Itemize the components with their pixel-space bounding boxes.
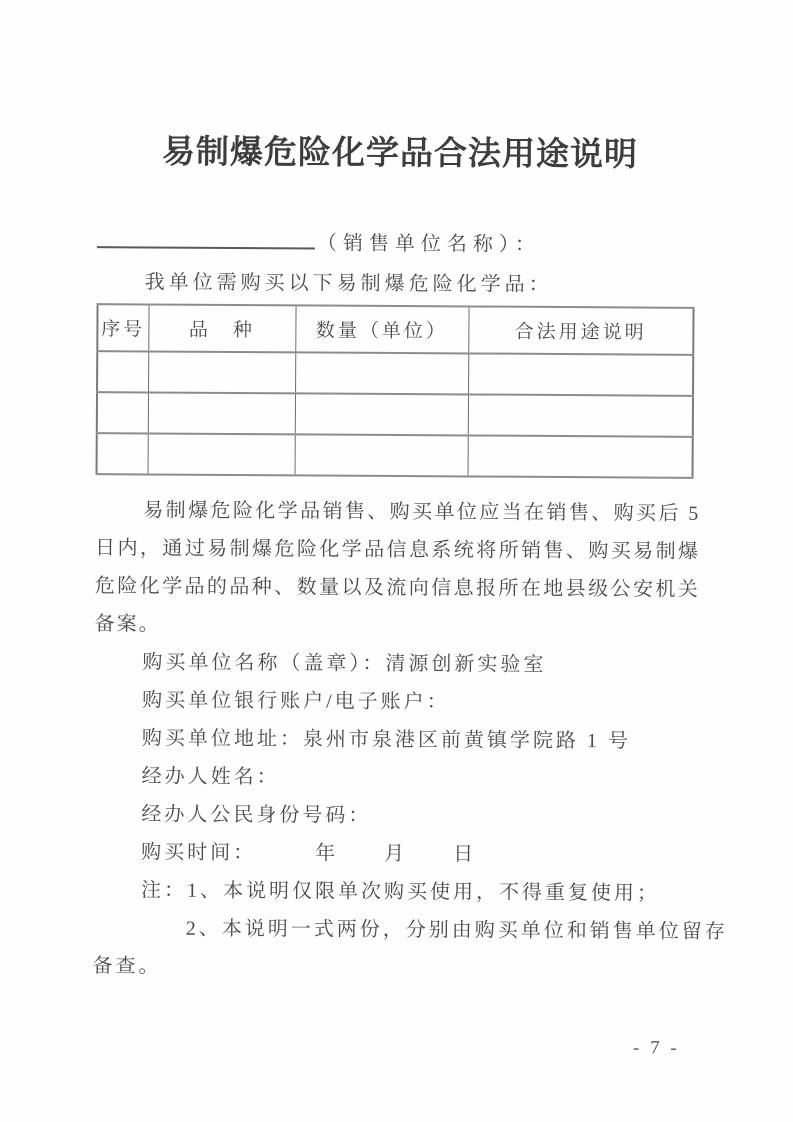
field-value: 泉州市泉港区前黄镇学院路 1 号 xyxy=(303,728,631,752)
chemical-purchase-table: 序号 品 种 数量（单位） 合法用途说明 xyxy=(96,303,695,479)
header-cell-purpose: 合法用途说明 xyxy=(468,306,693,354)
field-purchase-date: 购买时间： 年 月 日 xyxy=(93,833,698,875)
seller-name-label: （销售单位名称）： xyxy=(317,233,541,256)
table-cell xyxy=(295,393,468,435)
field-value: 清源创新实验室 xyxy=(385,653,546,676)
table-cell xyxy=(97,351,148,392)
table-cell xyxy=(148,392,295,434)
document-content: 易制爆危险化学品合法用途说明 （销售单位名称）： 我单位需购买以下易制爆危险化学… xyxy=(0,0,793,989)
table-cell xyxy=(295,434,468,476)
purchase-info-fields: 购买单位名称（盖章）：清源创新实验室 购买单位银行账户/电子账户： 购买单位地址… xyxy=(93,643,699,875)
table-cell xyxy=(148,433,295,475)
table-row xyxy=(97,433,693,478)
field-buyer-address: 购买单位地址：泉州市泉港区前黄镇学院路 1 号 xyxy=(94,719,699,761)
field-handler-id: 经办人公民身份号码： xyxy=(93,795,698,837)
seller-name-blank xyxy=(97,226,315,249)
notes-section: 注：1、本说明仅限单次购买使用，不得重复使用； 2、本说明一式两份，分别由购买单… xyxy=(92,871,698,989)
paragraph-line: 日内，通过易制爆危险化学品信息系统将所销售、购买易制爆 xyxy=(95,529,700,571)
field-label: 购买单位银行账户/电子账户： xyxy=(142,689,450,713)
table-cell xyxy=(97,392,148,433)
field-handler-name: 经办人姓名： xyxy=(94,757,699,799)
field-buyer-name: 购买单位名称（盖章）：清源创新实验室 xyxy=(94,643,699,685)
page-number: - 7 - xyxy=(633,1037,680,1059)
field-label: 经办人公民身份号码： xyxy=(141,803,371,826)
header-cell-seq: 序号 xyxy=(97,304,148,351)
regulation-paragraph: 易制爆危险化学品销售、购买单位应当在销售、购买后 5 日内，通过易制爆危险化学品… xyxy=(94,491,700,647)
field-label: 购买单位名称（盖章）： xyxy=(142,651,385,674)
seller-name-line: （销售单位名称）： xyxy=(97,226,702,260)
table-row xyxy=(97,351,693,396)
table-cell xyxy=(97,433,148,474)
table-header-row: 序号 品 种 数量（单位） 合法用途说明 xyxy=(97,304,693,355)
document-page: 易制爆危险化学品合法用途说明 （销售单位名称）： 我单位需购买以下易制爆危险化学… xyxy=(0,0,793,1122)
page-title: 易制爆危险化学品合法用途说明 xyxy=(97,132,702,177)
paragraph-line: 危险化学品的品种、数量以及流向信息报所在地县级公安机关 xyxy=(95,567,700,609)
field-value: 年 月 日 xyxy=(246,842,476,865)
field-bank-account: 购买单位银行账户/电子账户： xyxy=(94,681,699,723)
table-cell xyxy=(148,351,295,393)
header-cell-quantity: 数量（单位） xyxy=(295,305,468,353)
header-cell-variety: 品 种 xyxy=(148,304,295,352)
table-cell xyxy=(468,353,693,395)
field-label: 购买时间： xyxy=(141,841,246,864)
table-cell xyxy=(468,394,693,436)
paragraph-line: 易制爆危险化学品销售、购买单位应当在销售、购买后 5 xyxy=(95,491,700,533)
note-line-2: 2、本说明一式两份，分别由购买单位和销售单位留存 xyxy=(93,909,698,951)
note-line-1: 注：1、本说明仅限单次购买使用，不得重复使用； xyxy=(93,871,698,913)
table-cell xyxy=(295,352,468,394)
table-row xyxy=(97,392,693,437)
table-cell xyxy=(468,435,693,477)
field-label: 购买单位地址： xyxy=(142,727,303,750)
paragraph-line: 备案。 xyxy=(94,605,699,647)
field-label: 经办人姓名： xyxy=(142,765,280,788)
scan-tilt-wrapper: 易制爆危险化学品合法用途说明 （销售单位名称）： 我单位需购买以下易制爆危险化学… xyxy=(0,0,793,1122)
intro-sentence: 我单位需购买以下易制爆危险化学品： xyxy=(97,268,702,300)
note-line-3: 备查。 xyxy=(92,947,697,989)
